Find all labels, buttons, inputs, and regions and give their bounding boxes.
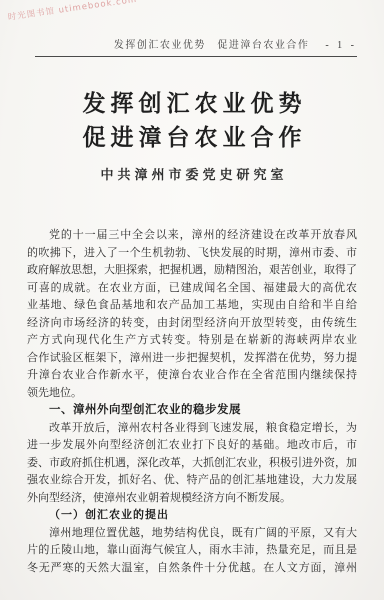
body-line: 强农业综合开发，抓好名、优、特产品的创汇基地建设，大力发展 (27, 472, 357, 490)
body-line: 进一步发展外向型经济创汇农业打下良好的基础。地改市后，市 (27, 437, 357, 455)
page-number: - 1 - (325, 40, 357, 51)
body-line: 的吹拂下，进入了一个生机勃勃、飞快发展的时期，漳州市委、市 (27, 245, 357, 263)
body-line: 业基地、绿色食品基地和农产品加工基地，实现由自给和半自给 (27, 297, 357, 315)
body-line: 改革开放后，漳州农村各业得到飞速发展，粮食稳定增长，为 (27, 420, 357, 438)
library-watermark: 时光图书馆 utimebook.com (7, 0, 138, 23)
body-line: 委、市政府抓住机遇，深化改革，大抓创汇农业，积极引进外资，加 (27, 455, 357, 473)
body-text: 党的十一届三中全会以来，漳州的经济建设在改革开放春风的吹拂下，进入了一个生机勃勃… (27, 227, 357, 577)
scanned-book-page: 时光图书馆 utimebook.com 发挥创汇农业优势 促进漳台农业合作- 1… (0, 0, 384, 600)
body-line: 党的十一届三中全会以来，漳州的经济建设在改革开放春风 (27, 227, 357, 245)
body-line: 外向型经济，使漳州农业朝着规模经济方向不断发展。 (27, 490, 357, 508)
body-line: 漳州地理位置优越，地势结构优良，既有广阔的平原，又有大 (27, 525, 357, 543)
body-line: 合作试验区框架下，漳州进一步把握契机，发挥潜在优势，努力提 (27, 350, 357, 368)
page-header: 发挥创汇农业优势 促进漳台农业合作- 1 - (35, 36, 357, 57)
sub-heading: （一）创汇农业的提出 (27, 507, 357, 525)
article-title-line1: 发挥创汇农业优势 (5, 87, 384, 121)
running-title: 发挥创汇农业优势 促进漳台农业合作 (114, 40, 310, 51)
body-line: 政府解放思想，大胆探索，把握机遇，励精图治，艰苦创业，取得了 (27, 262, 357, 280)
body-line: 领先地位。 (27, 385, 357, 403)
body-line: 升漳台农业合作新水平，使漳台农业合作在全省范围内继续保持 (27, 367, 357, 385)
section-heading: 一、漳州外向型创汇农业的稳步发展 (27, 402, 357, 420)
byline: 中共漳州市委党史研究室 (0, 164, 384, 183)
body-line: 经济向市场经济的转变，由封闭型经济向开放型转变，由传统生 (27, 315, 357, 333)
article-title-line2: 促进漳台农业合作 (5, 121, 384, 155)
body-line: 片的丘陵山地，靠山面海气候宜人，雨水丰沛，热量充足，而且是 (27, 542, 357, 560)
body-line: 可喜的成就。在农业方面，已建成闻名全国、福建最大的高优农 (27, 280, 357, 298)
article-title: 发挥创汇农业优势 促进漳台农业合作 (0, 87, 384, 155)
body-line: 冬无严寒的天然大温室，自然条件十分优越。在人文方面，漳州 (27, 560, 357, 578)
body-line: 产方式向现代化生产方式转变。特别是在崭新的海峡两岸农业 (27, 332, 357, 350)
